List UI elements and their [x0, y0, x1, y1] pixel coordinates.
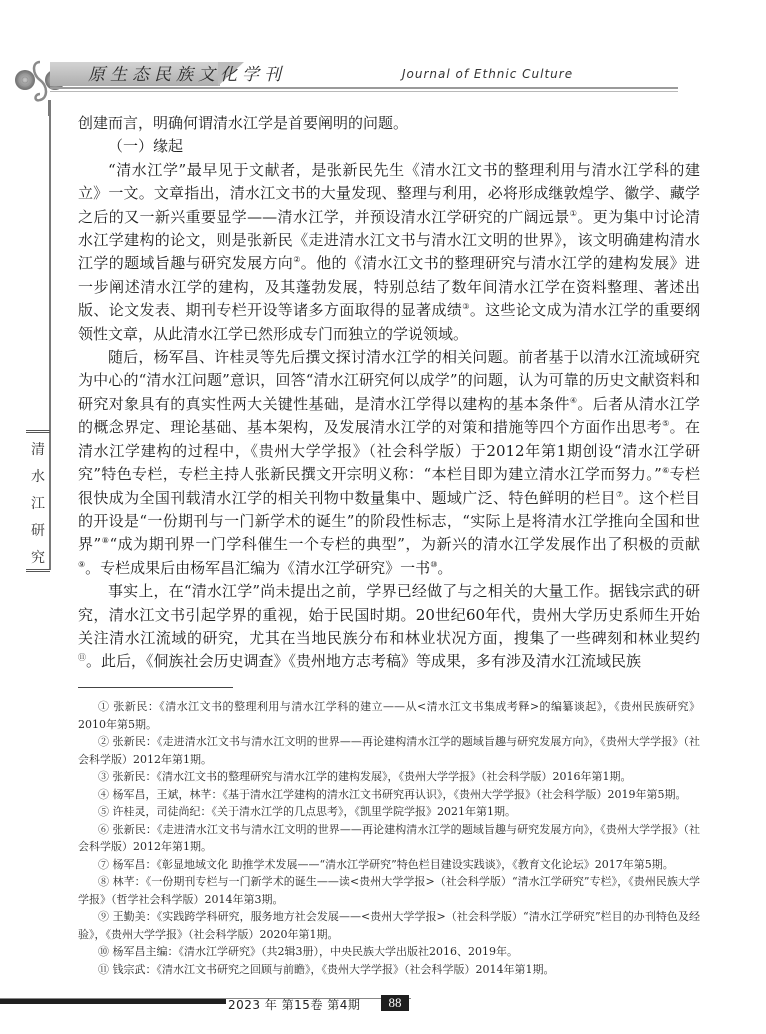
footnote-ref[interactable]: ⑪: [78, 653, 86, 662]
side-label-char: 清: [26, 437, 50, 464]
section-heading: （一）缘起: [78, 135, 700, 158]
footnote-item: ⑨ 王勤美：《实践跨学科研究，服务地方社会发展——<贵州大学学报>（社会科学版）…: [78, 908, 700, 943]
footnote-item: ⑩ 杨军昌主编：《清水江学研究》（共2辑3册），中央民族大学出版社2016、20…: [78, 943, 700, 961]
paragraph: 事实上，在“清水江学”尚未提出之前，学界已经做了与之相关的大量工作。据钱宗武的研…: [78, 580, 700, 674]
footnote-ref[interactable]: ⑤: [662, 419, 670, 428]
footnote-item: ① 张新民：《清水江文书的整理利用与清水江学科的建立——从<清水江文书集成考释>…: [78, 698, 700, 733]
footnote-ref[interactable]: ⑥: [662, 466, 670, 475]
journal-title-cn: 原生态民族文化学刊: [88, 60, 286, 85]
side-label-char: 究: [26, 545, 50, 572]
side-label-char: 水: [26, 464, 50, 491]
footnote-item: ② 张新民：《走进清水江文书与清水江文明的世界——再论建构清水江学的题域旨趣与研…: [78, 733, 700, 768]
footnote-ref[interactable]: ③: [462, 302, 470, 311]
footnote-item: ⑪ 钱宗武：《清水江文书研究之回顾与前瞻》，《贵州大学学报》（社会科学版）201…: [78, 961, 700, 979]
footnote-ref[interactable]: ⑦: [616, 490, 624, 499]
footnote-item: ⑤ 许桂灵，司徒尚纪：《关于清水江学的几点思考》，《凯里学院学报》2021年第1…: [78, 803, 700, 821]
paragraph-continued: 创建而言，明确何谓清水江学是首要阐明的问题。: [78, 112, 700, 135]
journal-title-en: Journal of Ethnic Culture: [402, 67, 573, 81]
issue-info: 2023 年 第15卷 第4期: [228, 996, 360, 1013]
footnote-item: ③ 张新民：《清水江文书的整理研究与清水江学的建构发展》，《贵州大学学报》（社会…: [78, 768, 700, 786]
section-side-label: 清 水 江 研 究: [26, 430, 50, 572]
footnote-separator: [78, 687, 233, 688]
side-label-char: 研: [26, 518, 50, 545]
footnote-ref[interactable]: ②: [293, 255, 301, 264]
header-rule: [50, 87, 678, 89]
header-rule-secondary: [50, 91, 678, 92]
page-number: 88: [381, 995, 409, 1011]
footnote-item: ④ 杨军昌，王斌，林芊：《基于清水江学建构的清水江文书研究再认识》，《贵州大学学…: [78, 786, 700, 804]
journal-header: 原生态民族文化学刊 Journal of Ethnic Culture: [0, 56, 766, 106]
footnote-item: ⑧ 林芊：《一份期刊专栏与一门新学术的诞生——读<贵州大学学报>（社会科学版）“…: [78, 873, 700, 908]
footnotes: ① 张新民：《清水江文书的整理利用与清水江学科的建立——从<清水江文书集成考释>…: [78, 698, 700, 978]
side-label-char: 江: [26, 491, 50, 518]
paragraph: “清水江学”最早见于文献者，是张新民先生《清水江文书的整理利用与清水江学科的建立…: [78, 159, 700, 346]
article-body: 创建而言，明确何谓清水江学是首要阐明的问题。 （一）缘起 “清水江学”最早见于文…: [78, 112, 700, 674]
footer-bar: [0, 998, 226, 1004]
paragraph: 随后，杨军昌、许桂灵等先后撰文探讨清水江学的相关问题。前者基于以清水江流域研究为…: [78, 346, 700, 580]
footnote-item: ⑦ 杨军昌：《彰显地域文化 助推学术发展——“清水江学研究”特色栏目建设实践谈》…: [78, 856, 700, 874]
footnote-item: ⑥ 张新民：《走进清水江文书与清水江文明的世界——再论建构清水江学的题域旨趣与研…: [78, 821, 700, 856]
